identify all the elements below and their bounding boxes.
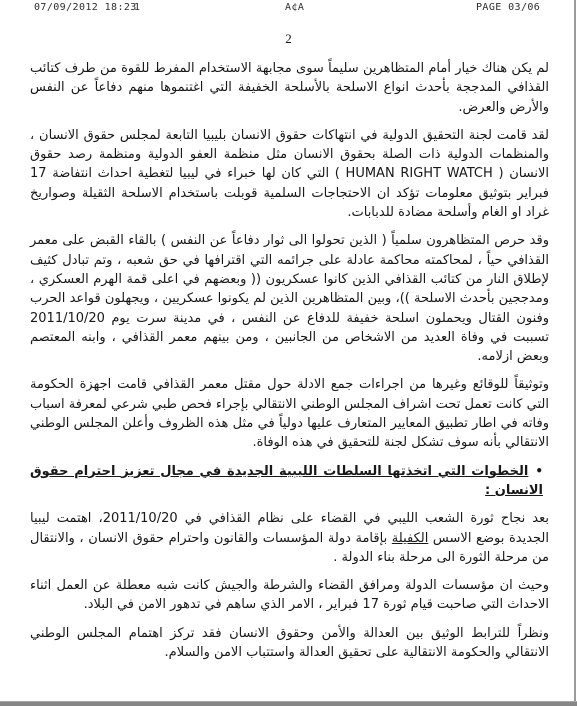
fax-station-id: A¢A [285, 2, 304, 13]
document-body: لم يكن هناك خيار أمام المتظاهرين سليماً … [30, 59, 549, 671]
paragraph: ونظراً للترابط الوثيق بين العدالة والأمن… [30, 624, 549, 663]
paragraph: وحيث ان مؤسسات الدولة ومرافق القضاء والش… [30, 576, 549, 615]
bullet-icon: • [535, 462, 543, 481]
paragraph: وتوثيقاً للوقائع وغيرها من اجراءات جمع ا… [30, 375, 549, 452]
fax-channel: 1 [134, 2, 140, 13]
section-heading-text: الخطوات التي اتخذتها السلطات الليبية الج… [30, 464, 543, 498]
paragraph: وقد حرص المتظاهرون سلمياً ( الذين تحولوا… [30, 231, 549, 366]
paragraph: بعد نجاح ثورة الشعب الليبي في القضاء على… [30, 509, 549, 567]
scan-edge-bottom [0, 701, 577, 706]
section-heading: •الخطوات التي اتخذتها السلطات الليبية ال… [30, 462, 549, 501]
underlined-word: الكفيلة [392, 531, 429, 546]
scan-edge-right [574, 0, 576, 706]
page-number: 2 [0, 31, 577, 47]
fax-header: 07/09/2012 18:23 1 A¢A PAGE 03/06 [0, 2, 577, 15]
paragraph: لقد قامت لجنة التحقيق الدولية في انتهاكا… [30, 126, 549, 222]
fax-page: 07/09/2012 18:23 1 A¢A PAGE 03/06 2 لم ي… [0, 0, 577, 706]
paragraph: لم يكن هناك خيار أمام المتظاهرين سليماً … [30, 59, 549, 117]
fax-datetime: 07/09/2012 18:23 [34, 2, 137, 13]
fax-page-label: PAGE 03/06 [476, 2, 540, 13]
